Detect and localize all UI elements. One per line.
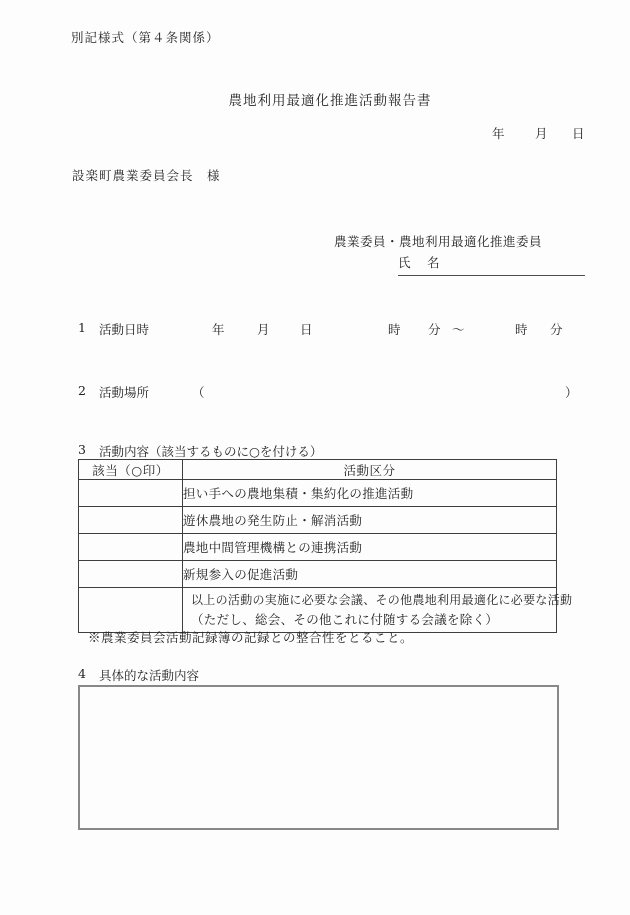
table-row: 新規参入の促進活動 xyxy=(79,561,557,588)
place-paren-open: （ xyxy=(192,383,205,401)
section-activity-datetime: 1 活動日時 年 月 日 時 分 ～ 時 分 xyxy=(0,320,630,340)
category-line-2: （ただし、総会、その他これに付随する会議を除く） xyxy=(191,610,554,629)
category-cell: 農地中間管理機構との連携活動 xyxy=(183,534,557,561)
specific-activity-content-box xyxy=(78,685,559,830)
date-line: 年 月 日 xyxy=(0,124,630,142)
time-from-hour-label: 時 xyxy=(388,320,401,338)
table-row: 農地中間管理機構との連携活動 xyxy=(79,534,557,561)
category-cell: 遊休農地の発生防止・解消活動 xyxy=(183,507,557,534)
section1-label: 活動日時 xyxy=(99,320,149,338)
date-day-label: 日 xyxy=(572,124,585,142)
datetime-month-label: 月 xyxy=(257,320,270,338)
table-header-row: 該当（○印） 活動区分 xyxy=(79,460,557,480)
committee-role-line: 農業委員・農地利用最適化推進委員 xyxy=(334,232,542,250)
name-label: 氏 名 xyxy=(398,255,442,270)
category-cell: 以上の活動の実施に必要な会議、その他農地利用最適化に必要な活動 （ただし、総会、… xyxy=(183,588,557,633)
document-page: 別記様式（第４条関係） 農地利用最適化推進活動報告書 年 月 日 設楽町農業委員… xyxy=(0,0,630,915)
section4-number: 4 xyxy=(78,666,86,681)
section2-label: 活動場所 xyxy=(99,383,149,401)
section-activity-place: 2 活動場所 （ ） xyxy=(0,383,630,403)
mark-cell xyxy=(79,588,183,633)
category-line-1: 以上の活動の実施に必要な会議、その他農地利用最適化に必要な活動 xyxy=(191,591,554,610)
place-paren-close: ） xyxy=(565,383,578,401)
col-header-category: 活動区分 xyxy=(183,460,557,480)
table-row: 以上の活動の実施に必要な会議、その他農地利用最適化に必要な活動 （ただし、総会、… xyxy=(79,588,557,633)
activity-category-table: 該当（○印） 活動区分 担い手への農地集積・集約化の推進活動 遊休農地の発生防止… xyxy=(78,459,557,633)
time-from-minute-label: 分 xyxy=(428,320,441,338)
date-year-label: 年 xyxy=(492,124,505,142)
time-to-minute-label: 分 xyxy=(550,320,563,338)
col-header-applicable: 該当（○印） xyxy=(79,460,183,480)
section-specific-content-header: 4 具体的な活動内容 xyxy=(0,666,630,686)
mark-cell xyxy=(79,480,183,507)
mark-cell xyxy=(79,507,183,534)
category-cell: 新規参入の促進活動 xyxy=(183,561,557,588)
section3-label: 活動内容（該当するものに○を付ける） xyxy=(99,442,322,460)
form-style-note: 別記様式（第４条関係） xyxy=(71,28,220,46)
datetime-day-label: 日 xyxy=(300,320,313,338)
document-title: 農地利用最適化推進活動報告書 xyxy=(30,89,630,109)
category-cell: 担い手への農地集積・集約化の推進活動 xyxy=(183,480,557,507)
mark-cell xyxy=(79,534,183,561)
datetime-year-label: 年 xyxy=(212,320,225,338)
consistency-note: ※農業委員会活動記録簿の記録との整合性をとること。 xyxy=(88,628,413,646)
section1-number: 1 xyxy=(78,320,86,335)
name-field: 氏 名 xyxy=(398,253,585,276)
section2-number: 2 xyxy=(78,383,86,398)
table-row: 担い手への農地集積・集約化の推進活動 xyxy=(79,480,557,507)
addressee-line: 設楽町農業委員会長 様 xyxy=(72,166,221,184)
date-month-label: 月 xyxy=(535,124,548,142)
table-row: 遊休農地の発生防止・解消活動 xyxy=(79,507,557,534)
time-to-hour-label: 時 xyxy=(515,320,528,338)
section4-label: 具体的な活動内容 xyxy=(99,666,199,684)
section3-number: 3 xyxy=(78,442,86,457)
mark-cell xyxy=(79,561,183,588)
time-range-tilde: ～ xyxy=(452,320,465,338)
